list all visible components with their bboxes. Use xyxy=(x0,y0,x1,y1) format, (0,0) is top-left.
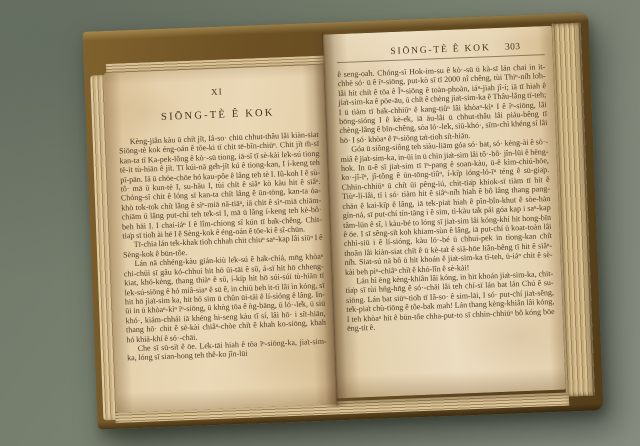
right-page-content: SIŌNG-TÈ Ê KOK 303 ê seng-oa̍h. Chóng-sī… xyxy=(323,26,566,399)
paragraph: ê seng-oa̍h. Chóng-sī Hok-im-su ê kò·-sū… xyxy=(337,62,548,145)
left-page-content: XI SIŌNG-TÈ Ê KOK Kèng-jiân kàu ū chi̍t … xyxy=(104,65,337,413)
chapter-number: XI xyxy=(117,83,317,101)
paragraph: Lán nā chhéng-kàu gián-kiù le̍k-sú ê ha̍… xyxy=(123,252,326,344)
running-header: SIŌNG-TÈ Ê KOK 303 xyxy=(336,41,544,59)
paragraph: Lán hì ēng kèng-khiân lâi kóng, in hit k… xyxy=(345,269,555,333)
paragraph: Kèng-jiân kàu ū chi̍t ji̍t, Iâ-so· chiū … xyxy=(119,130,323,241)
page-number: 303 xyxy=(490,41,544,53)
running-header-title: SIŌNG-TÈ Ê KOK xyxy=(390,43,490,57)
chapter-title: SIŌNG-TÈ Ê KOK xyxy=(118,106,318,125)
open-book: XI SIŌNG-TÈ Ê KOK Kèng-jiân kàu ū chi̍t … xyxy=(83,12,604,429)
left-page: XI SIŌNG-TÈ Ê KOK Kèng-jiân kàu ū chi̍t … xyxy=(104,65,337,413)
right-page: SIŌNG-TÈ Ê KOK 303 ê seng-oa̍h. Chóng-sī… xyxy=(323,26,566,399)
paragraph: Góa ū siông-siông teh siàu-liām góa só· … xyxy=(340,137,553,277)
photo-background: XI SIŌNG-TÈ Ê KOK Kèng-jiân kàu ū chi̍t … xyxy=(0,0,640,446)
right-page-text: ê seng-oa̍h. Chóng-sī Hok-im-su ê kò·-sū… xyxy=(337,62,555,333)
left-page-text: Kèng-jiân kàu ū chi̍t ji̍t, Iâ-so· chiū … xyxy=(119,130,328,363)
